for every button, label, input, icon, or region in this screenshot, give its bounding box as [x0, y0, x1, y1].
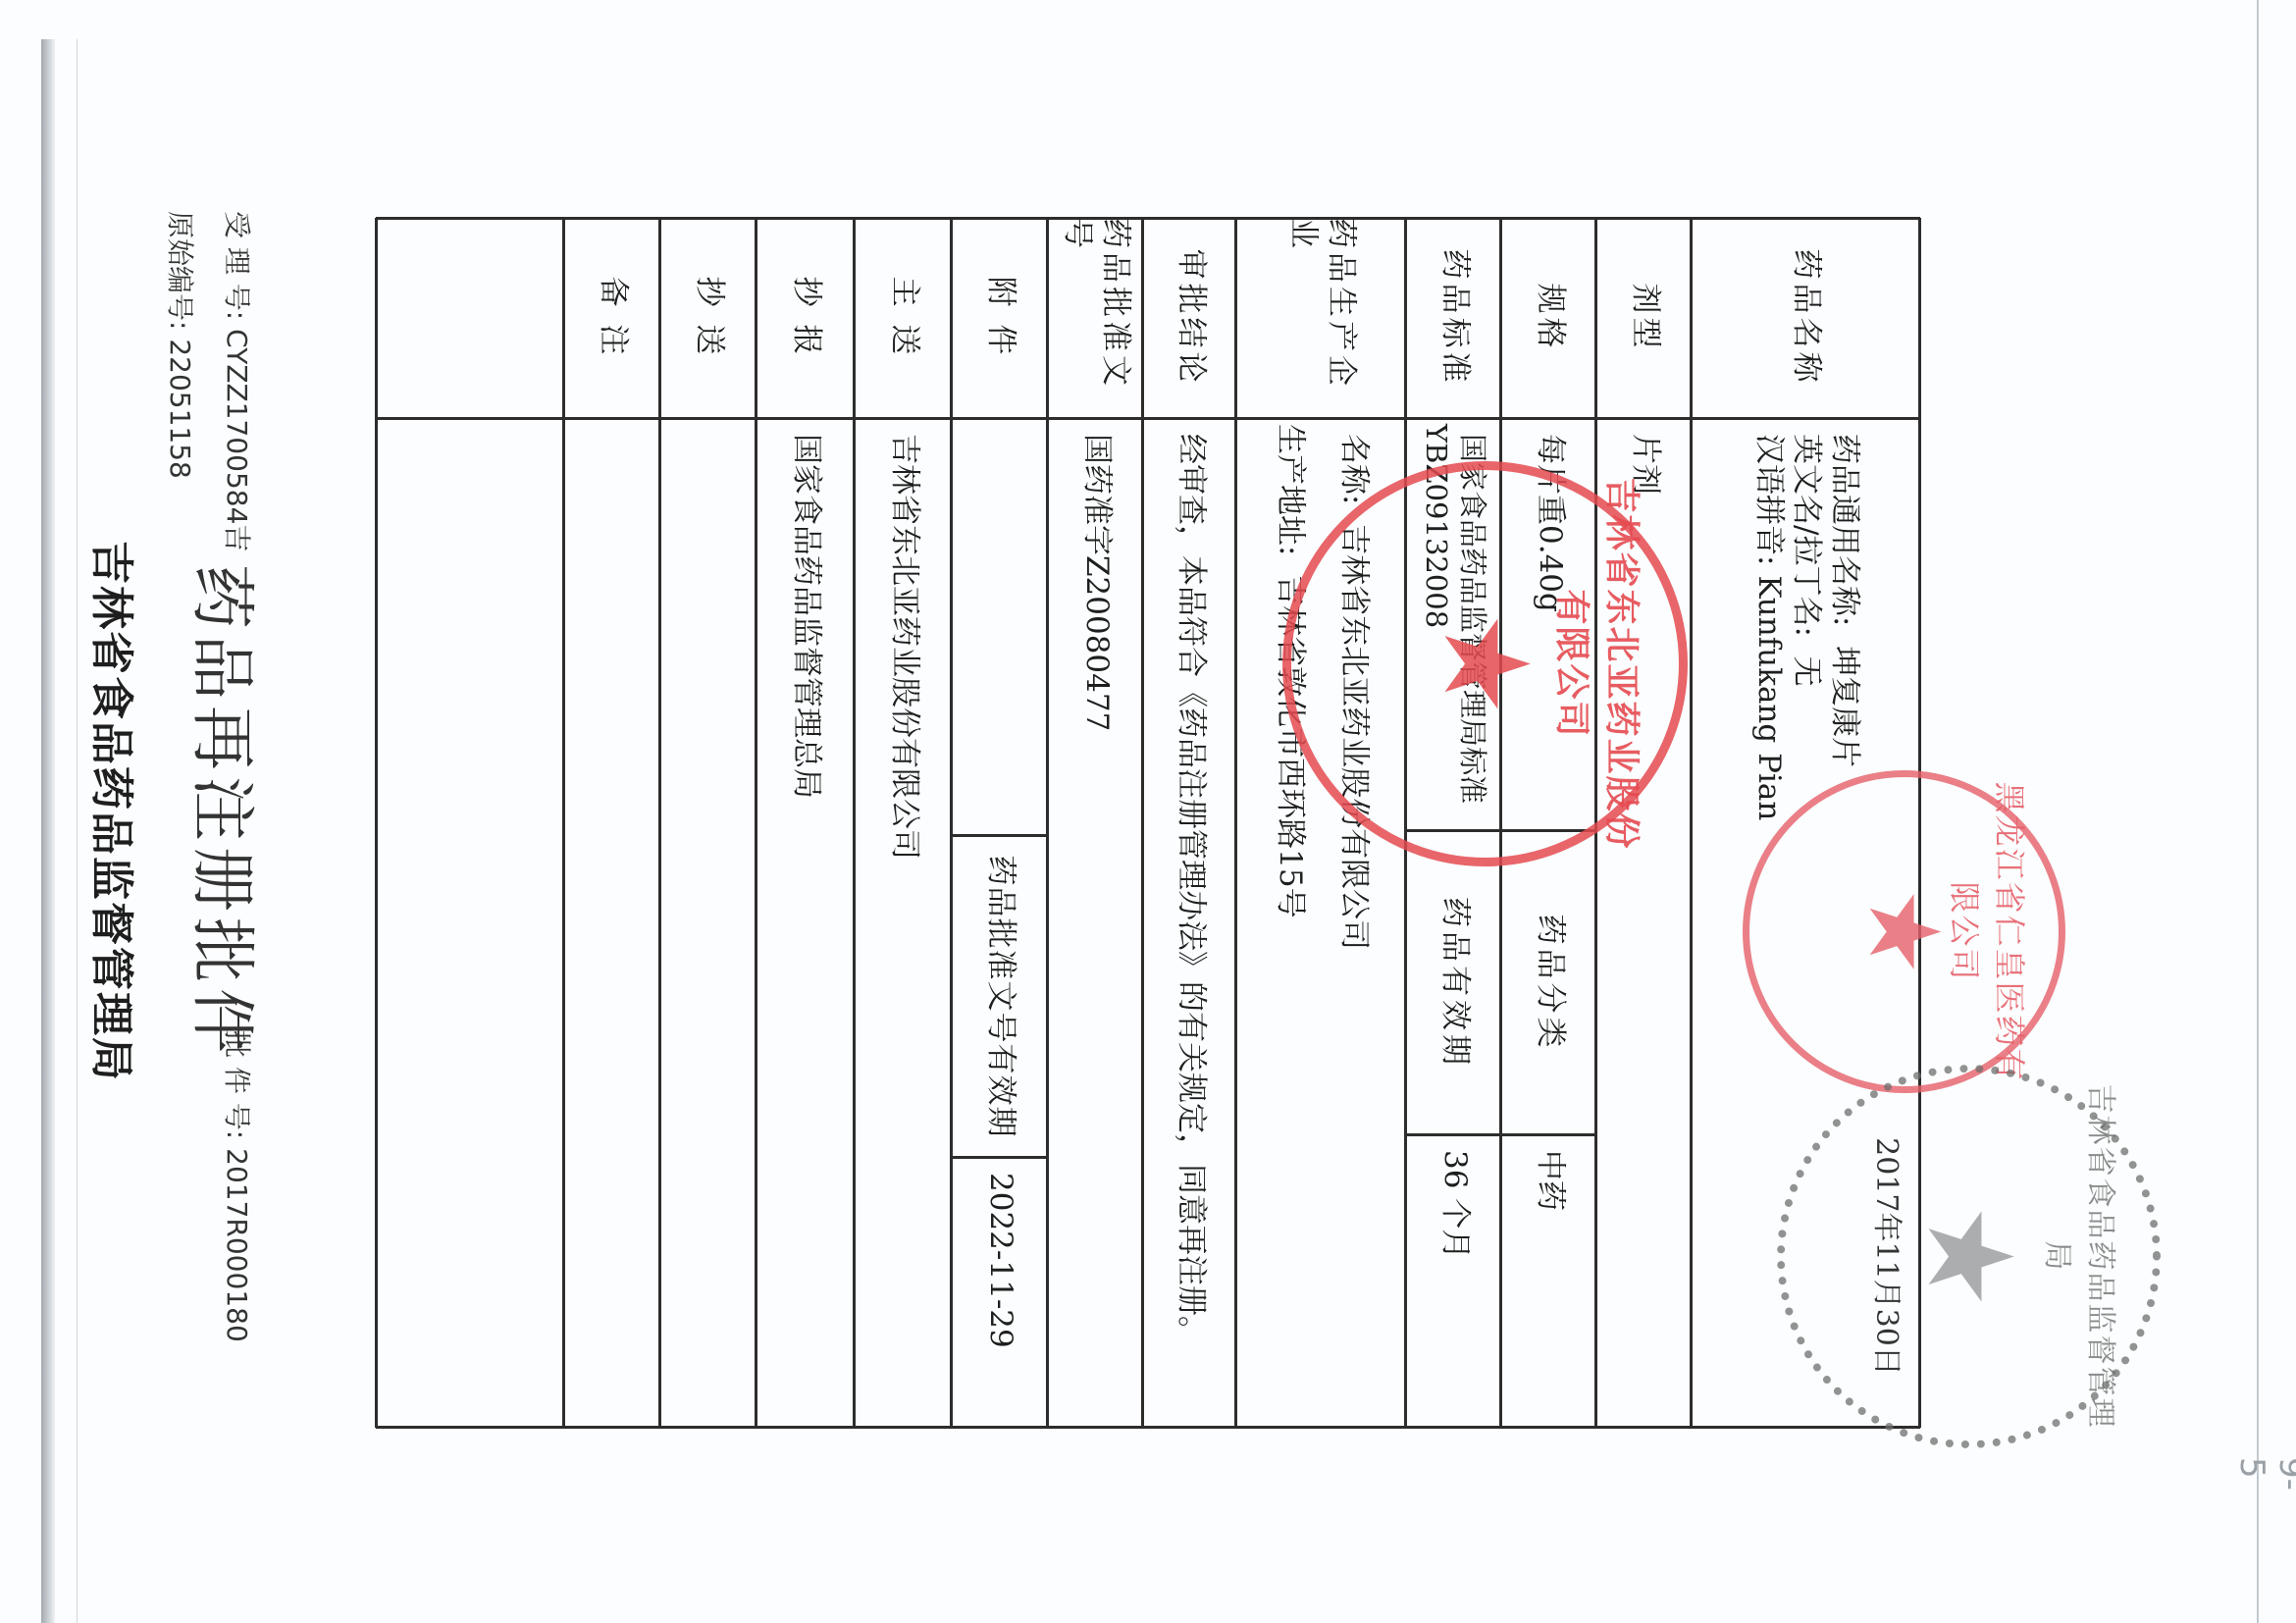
government-seal-text: 吉林省食品药品监督管理局 — [2039, 1073, 2125, 1440]
generic-name-value: 坤复康片 — [1827, 646, 1862, 767]
english-name-value: 无 — [1789, 656, 1824, 687]
value-remarks — [565, 420, 661, 1415]
acceptance-number-value: CYZZ1700584吉 — [221, 329, 253, 551]
value-drug-category: 中药 — [1502, 1136, 1597, 1435]
value-main-recipient: 吉林省东北亚药业股份有限公司 — [856, 420, 953, 1415]
heilongjiang-seal-text: 黑龙江省仁皇医药有限公司 — [1944, 777, 2034, 1086]
company-seal-text: 吉林省东北亚药业股份有限公司 — [1549, 470, 1649, 858]
label-conclusion: 审批结论 — [1144, 218, 1237, 417]
label-main-recipient: 主 送 — [856, 218, 953, 417]
label-drug-name: 药品名称 — [1693, 218, 1920, 417]
issuing-agency: 吉林省食品药品监督管理局 — [84, 0, 147, 1623]
registration-table: 药品名称 药品通用名称: 坤复康片 英文名/拉丁名: 无 汉语拼音: Kunfu… — [376, 218, 1920, 1428]
label-specification: 规格 — [1502, 218, 1597, 417]
generic-name-label: 药品通用名称: — [1827, 434, 1862, 626]
label-drug-category: 药品分类 — [1502, 832, 1597, 1133]
pinyin-name-value: Kunfukang Pian — [1751, 575, 1787, 820]
heilongjiang-seal: 黑龙江省仁皇医药有限公司 ★ — [1743, 770, 2065, 1093]
manufacturer-name-label: 名称: — [1336, 434, 1372, 504]
label-approval-number: 药品批准文号 — [1049, 218, 1144, 417]
pinyin-name-label: 汉语拼音: — [1751, 434, 1787, 565]
label-report-to: 抄 报 — [757, 218, 856, 417]
pinyin-name: 汉语拼音: Kunfukang Pian — [1749, 434, 1788, 820]
label-remarks: 备 注 — [565, 218, 661, 417]
value-approval-validity: 2022-11-29 — [953, 1159, 1049, 1428]
original-number-label: 原始编号: — [164, 211, 196, 330]
rotated-document: 吉林省食品药品监督管理局 药品再注册批件 原始编号: 22051158 受 理 … — [0, 0, 2296, 1623]
label-manufacturer: 药品生产企业 — [1237, 218, 1407, 417]
approval-number: 批 件 号: 2017R000180 — [219, 1030, 258, 1342]
label-attachment: 附 件 — [953, 218, 1049, 417]
government-seal: 吉林省食品药品监督管理局 ★ 2017年11月30日 — [1777, 1065, 2161, 1448]
seal-date: 2017年11月30日 — [1868, 1073, 1911, 1440]
english-name-label: 英文名/拉丁名: — [1789, 434, 1824, 637]
original-number-value: 22051158 — [164, 339, 196, 479]
english-name: 英文名/拉丁名: 无 — [1788, 434, 1826, 687]
value-copy-to — [661, 420, 757, 1415]
value-conclusion: 经审查，本品符合《药品注册管理办法》的有关规定，同意再注册。 — [1144, 420, 1237, 1435]
label-dosage-form: 剂型 — [1597, 218, 1693, 417]
label-copy-to: 抄 送 — [661, 218, 757, 417]
approval-number-label: 批 件 号: — [221, 1030, 253, 1139]
star-icon: ★ — [1427, 611, 1544, 717]
value-approval-number: 国药准字Z20080477 — [1049, 420, 1144, 841]
star-icon: ★ — [1910, 1204, 2028, 1310]
value-validity-period: 36 个月 — [1407, 1136, 1502, 1435]
value-report-to: 国家食品药品监督管理总局 — [757, 420, 856, 1415]
label-drug-standard: 药品标准 — [1407, 218, 1502, 417]
acceptance-number-label: 受 理 号: — [221, 211, 253, 320]
acceptance-number: 受 理 号: CYZZ1700584吉 — [219, 211, 258, 551]
label-validity-period: 药品有效期 — [1407, 832, 1502, 1133]
star-icon: ★ — [1855, 888, 1954, 976]
approval-number-value: 2017R000180 — [221, 1148, 253, 1342]
company-seal: 吉林省东北亚药业股份有限公司 ★ — [1282, 461, 1688, 866]
original-number: 原始编号: 22051158 — [162, 211, 201, 479]
label-approval-validity: 药品批准文号有效期 — [953, 837, 1049, 1156]
manufacturer-address-label: 生产地址: — [1274, 424, 1309, 555]
generic-name: 药品通用名称: 坤复康片 — [1825, 434, 1863, 767]
